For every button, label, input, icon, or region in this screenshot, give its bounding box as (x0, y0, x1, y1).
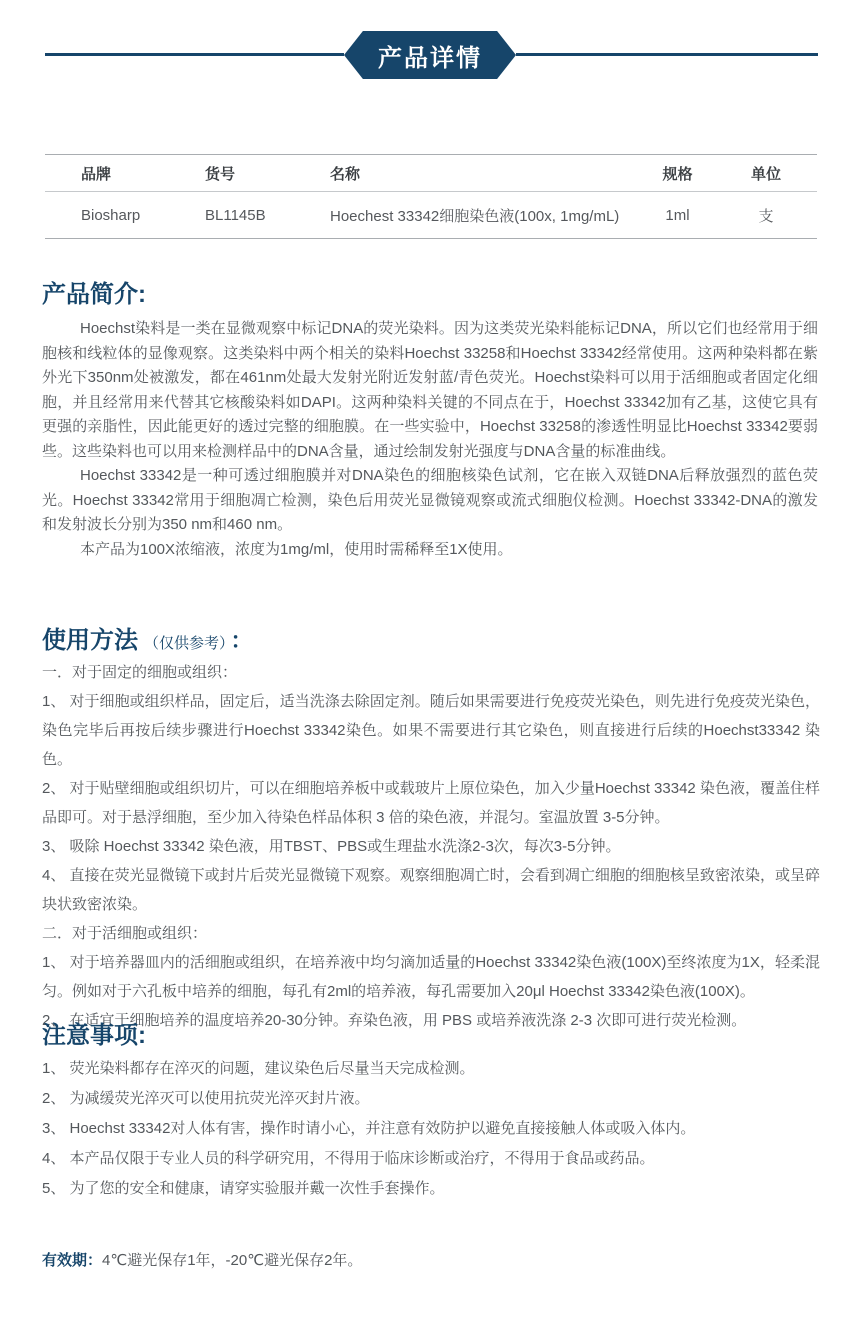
notes-item: 5、 为了您的安全和健康，请穿实验服并戴一次性手套操作。 (42, 1174, 820, 1204)
cell-catalog: BL1145B (195, 207, 325, 224)
notes-item: 3、 Hoechst 33342对人体有害，操作时请小心，并注意有效防护以避免直… (42, 1114, 820, 1144)
usage-item: 一．对于固定的细胞或组织： (42, 658, 820, 687)
banner-rule-right (516, 53, 818, 56)
usage-heading: 使用方法（仅供参考）： (42, 627, 253, 658)
usage-heading-text: 使用方法 (42, 627, 138, 654)
usage-item: 4、 直接在荧光显微镜下或封片后荧光显微镜下观察。观察细胞凋亡时，会看到凋亡细胞… (42, 861, 820, 919)
notes-list: 1、 荧光染料都存在淬灭的问题，建议染色后尽量当天完成检测。 2、 为减缓荧光淬… (42, 1054, 820, 1204)
product-table-header-row: 品牌 货号 名称 规格 单位 (45, 154, 817, 192)
col-header-catalog: 货号 (195, 163, 325, 184)
col-header-unit: 单位 (715, 163, 817, 184)
col-header-name: 名称 (325, 163, 640, 184)
intro-heading: 产品简介: (42, 281, 146, 309)
cell-brand: Biosharp (45, 207, 195, 224)
table-row: Biosharp BL1145B Hoechest 33342细胞染色液(100… (45, 192, 817, 239)
intro-paragraph: 本产品为100X浓缩液，浓度为1mg/ml，使用时需稀释至1X使用。 (42, 538, 818, 563)
usage-heading-colon: ： (231, 628, 253, 653)
col-header-spec: 规格 (640, 163, 715, 184)
banner-rule-left (45, 53, 344, 56)
intro-paragraph: Hoechst 33342是一种可透过细胞膜并对DNA染色的细胞核染色试剂，它在… (42, 464, 818, 538)
notes-heading: 注意事项: (42, 1022, 146, 1050)
usage-item: 1、 对于培养器皿内的活细胞或组织，在培养液中均匀滴加适量的Hoechst 33… (42, 948, 820, 1006)
usage-list: 一．对于固定的细胞或组织： 1、 对于细胞或组织样品，固定后，适当洗涤去除固定剂… (42, 658, 820, 1035)
usage-item: 3、 吸除 Hoechst 33342 染色液，用TBST、PBS或生理盐水洗涤… (42, 832, 820, 861)
usage-heading-note: （仅供参考） (144, 635, 227, 652)
col-header-brand: 品牌 (45, 163, 195, 184)
usage-item: 二．对于活细胞或组织： (42, 919, 820, 948)
validity-text: 4℃避光保存1年，-20℃避光保存2年。 (102, 1252, 362, 1269)
cell-unit: 支 (715, 205, 817, 226)
product-detail-page: 产品详情 品牌 货号 名称 规格 单位 Biosharp BL1145B Hoe… (0, 0, 860, 1317)
section-banner: 产品详情 (344, 31, 516, 79)
product-table: 品牌 货号 名称 规格 单位 Biosharp BL1145B Hoechest… (45, 154, 817, 239)
cell-name: Hoechest 33342细胞染色液(100x, 1mg/mL) (325, 205, 640, 226)
intro-paragraphs: Hoechst染料是一类在显微观察中标记DNA的荧光染料。因为这类荧光染料能标记… (42, 317, 818, 562)
usage-item: 2、 在适宜于细胞培养的温度培养20-30分钟。弃染色液，用 PBS 或培养液洗… (42, 1006, 820, 1035)
usage-item: 1、 对于细胞或组织样品，固定后，适当洗涤去除固定剂。随后如果需要进行免疫荧光染… (42, 687, 820, 774)
notes-item: 1、 荧光染料都存在淬灭的问题，建议染色后尽量当天完成检测。 (42, 1054, 820, 1084)
validity-label: 有效期： (42, 1252, 102, 1269)
banner-title: 产品详情 (378, 38, 482, 73)
notes-item: 4、 本产品仅限于专业人员的科学研究用，不得用于临床诊断或治疗，不得用于食品或药… (42, 1144, 820, 1174)
notes-item: 2、 为减缓荧光淬灭可以使用抗荧光淬灭封片液。 (42, 1084, 820, 1114)
usage-item: 2、 对于贴壁细胞或组织切片，可以在细胞培养板中或载玻片上原位染色，加入少量Ho… (42, 774, 820, 832)
intro-paragraph: Hoechst染料是一类在显微观察中标记DNA的荧光染料。因为这类荧光染料能标记… (42, 317, 818, 464)
cell-spec: 1ml (640, 207, 715, 224)
validity-line: 有效期：4℃避光保存1年，-20℃避光保存2年。 (42, 1250, 820, 1272)
